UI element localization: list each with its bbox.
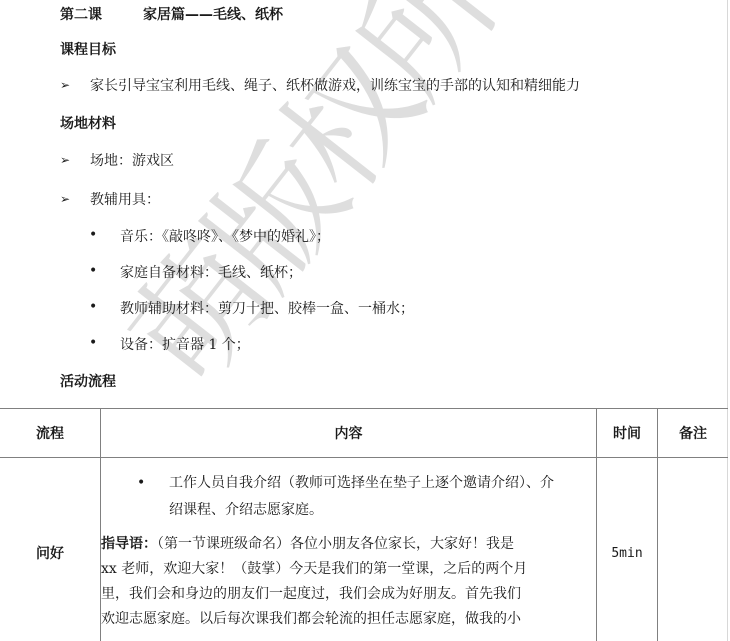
- sub-item-teacher-materials: 教师辅助材料：剪刀十把、胶棒一盒、一桶水；: [120, 299, 414, 319]
- sub-item-equipment: 设备：扩音器 1 个；: [120, 335, 250, 355]
- section-heading-materials: 场地材料: [60, 114, 116, 134]
- document-content: 第二课 家居篇——毛线、纸杯 课程目标 ➢ 家长引导宝宝利用毛线、绳子、纸杯做游…: [0, 0, 730, 641]
- content-cell: • 工作人员自我介绍（教师可选择坐在垫子上逐个邀请介绍）、介 绍课程、介绍志愿家…: [101, 458, 597, 641]
- goal-item: 家长引导宝宝利用毛线、绳子、纸杯做游戏，训练宝宝的手部的认知和精细能力: [90, 76, 580, 96]
- step-cell: 问好: [0, 458, 101, 641]
- header-note: 备注: [658, 409, 729, 458]
- content-bullet-item: • 工作人员自我介绍（教师可选择坐在垫子上逐个邀请介绍）、介 绍课程、介绍志愿家…: [135, 470, 572, 524]
- dot-bullet-icon: •: [89, 263, 97, 279]
- table-row: 问好 • 工作人员自我介绍（教师可选择坐在垫子上逐个邀请介绍）、介 绍课程、介绍…: [0, 458, 728, 641]
- table-header-row: 流程 内容 时间 备注: [0, 409, 728, 458]
- header-content: 内容: [101, 409, 597, 458]
- guide-label: 指导语：: [101, 536, 157, 552]
- dot-bullet-icon: •: [137, 470, 145, 497]
- guide-line-3: 里，我们会和身边的朋友们一起度过，我们会成为好朋友。首先我们: [101, 582, 572, 607]
- guide-line-4: 欢迎志愿家庭。以后每次课我们都会轮流的担任志愿家庭，做我的小: [101, 607, 572, 632]
- arrow-bullet-icon: ➢: [60, 192, 70, 206]
- arrow-bullet-icon: ➢: [60, 153, 70, 167]
- guide-line-2: xx 老师，欢迎大家！（鼓掌）今天是我们的第一堂课，之后的两个月: [101, 557, 572, 582]
- sub-item-home-materials: 家庭自备材料：毛线、纸杯；: [120, 263, 302, 283]
- lesson-title: 家居篇——毛线、纸杯: [143, 5, 283, 25]
- sub-item-music: 音乐：《敲咚咚》、《梦中的婚礼》；: [120, 227, 330, 247]
- dot-bullet-icon: •: [89, 299, 97, 315]
- document-page: 萌版权所有 第二课 家居篇——毛线、纸杯 课程目标 ➢ 家长引导宝宝利用毛线、绳…: [0, 0, 730, 641]
- section-heading-goal: 课程目标: [60, 40, 116, 60]
- header-step: 流程: [0, 409, 101, 458]
- materials-item-venue: 场地：游戏区: [90, 151, 174, 171]
- arrow-bullet-icon: ➢: [60, 78, 70, 92]
- guide-text: 指导语：（第一节课班级命名）各位小朋友各位家长，大家好！我是 xx 老师，欢迎大…: [101, 532, 572, 632]
- materials-item-tools: 教辅用具：: [90, 190, 160, 210]
- lesson-number: 第二课: [60, 5, 102, 25]
- section-heading-activity: 活动流程: [60, 372, 116, 392]
- activity-table: 流程 内容 时间 备注 问好 • 工作人员自我介绍（教师可选择坐在垫子上逐个邀请…: [0, 408, 728, 641]
- note-cell: [658, 458, 729, 641]
- dot-bullet-icon: •: [89, 335, 97, 351]
- bullet-line-2: 绍课程、介绍志愿家庭。: [169, 497, 572, 524]
- time-cell: 5min: [597, 458, 658, 641]
- guide-line-1: （第一节课班级命名）各位小朋友各位家长，大家好！我是: [157, 536, 514, 552]
- header-time: 时间: [597, 409, 658, 458]
- bullet-line-1: 工作人员自我介绍（教师可选择坐在垫子上逐个邀请介绍）、介: [169, 470, 572, 497]
- dot-bullet-icon: •: [89, 227, 97, 243]
